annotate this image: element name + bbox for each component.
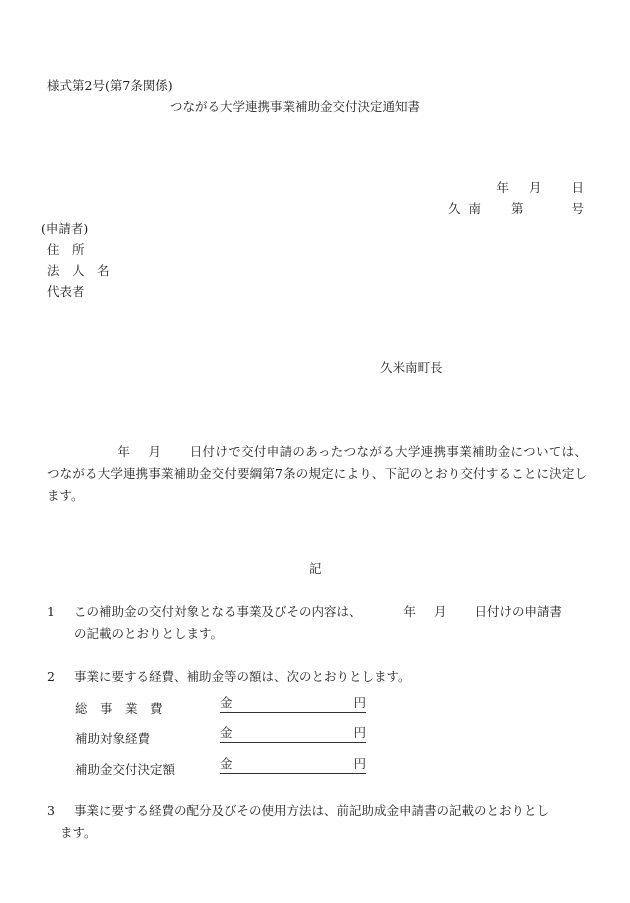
item-text-continued: ます。 [47,822,587,844]
amount-label: 補助金交付決定額 [75,764,220,777]
item-text: 事業に要する経費、補助金等の額は、次のとおりとします。 [74,669,411,684]
item-text-continued: の記載のとおりとします。 [47,623,587,645]
amount-field[interactable]: 金円 [220,758,366,774]
corporation-name-label: 法 人 名 [47,265,110,286]
amount-prefix: 金 [220,758,233,771]
date-line: 年月日 [496,182,584,195]
reference-go: 号 [571,203,584,216]
form-number: 様式第2号(第7条関係) [47,80,173,93]
year-label: 年 [496,182,509,195]
body-year: 年 [117,444,130,459]
reference-dai: 第 [511,203,524,216]
item-text: 事業に要する経費の配分及びその使用方法は、前記助成金申請書の記載のとおりとし [74,803,549,818]
body-month: 月 [148,444,161,459]
month-label: 月 [529,182,542,195]
amount-suffix: 円 [353,727,366,740]
item-3: 3事業に要する経費の配分及びその使用方法は、前記助成金申請書の記載のとおりとし … [47,800,587,844]
amount-row-total-cost: 総 事 業 費金円 [75,697,366,717]
amount-row-grant-amount: 補助金交付決定額金円 [75,758,366,778]
item-text: この補助金の交付対象となる事業及びその内容は、 [74,604,362,619]
body-paragraph: 年月日付けで交付申請のあったつながる大学連携事業補助金については、つながる大学連… [47,441,587,507]
item-1: 1この補助金の交付対象となる事業及びその内容は、年月日付けの申請書 の記載のとお… [47,601,587,645]
day-label: 日 [571,182,584,195]
amount-suffix: 円 [353,758,366,771]
applicant-block: (申請者) 住 所 法 人 名 代表者 [47,223,110,307]
item-2: 2事業に要する経費、補助金等の額は、次のとおりとします。 [47,666,587,688]
item-month: 月 [434,604,447,619]
amount-prefix: 金 [220,697,233,710]
address-label: 住 所 [47,244,110,265]
item-year: 年 [404,604,417,619]
document-title: つながる大学連携事業補助金交付決定通知書 [170,101,420,114]
item-number: 3 [47,800,74,822]
reference-prefix: 久南 [448,203,489,216]
amount-field[interactable]: 金円 [220,727,366,743]
item-number: 1 [47,601,74,623]
applicant-header: (申請者) [41,223,110,244]
item-text: 日付けの申請書 [475,604,563,619]
amount-suffix: 円 [353,697,366,710]
record-heading: 記 [309,563,322,576]
amount-field[interactable]: 金円 [220,697,366,713]
reference-number-line: 久南第号 [448,203,584,216]
item-number: 2 [47,666,74,688]
representative-label: 代表者 [47,286,110,307]
amount-prefix: 金 [220,727,233,740]
amount-label: 補助対象経費 [75,733,220,746]
amount-label: 総 事 業 費 [75,703,220,716]
issuer: 久米南町長 [380,362,443,375]
amount-row-eligible-cost: 補助対象経費金円 [75,727,366,747]
